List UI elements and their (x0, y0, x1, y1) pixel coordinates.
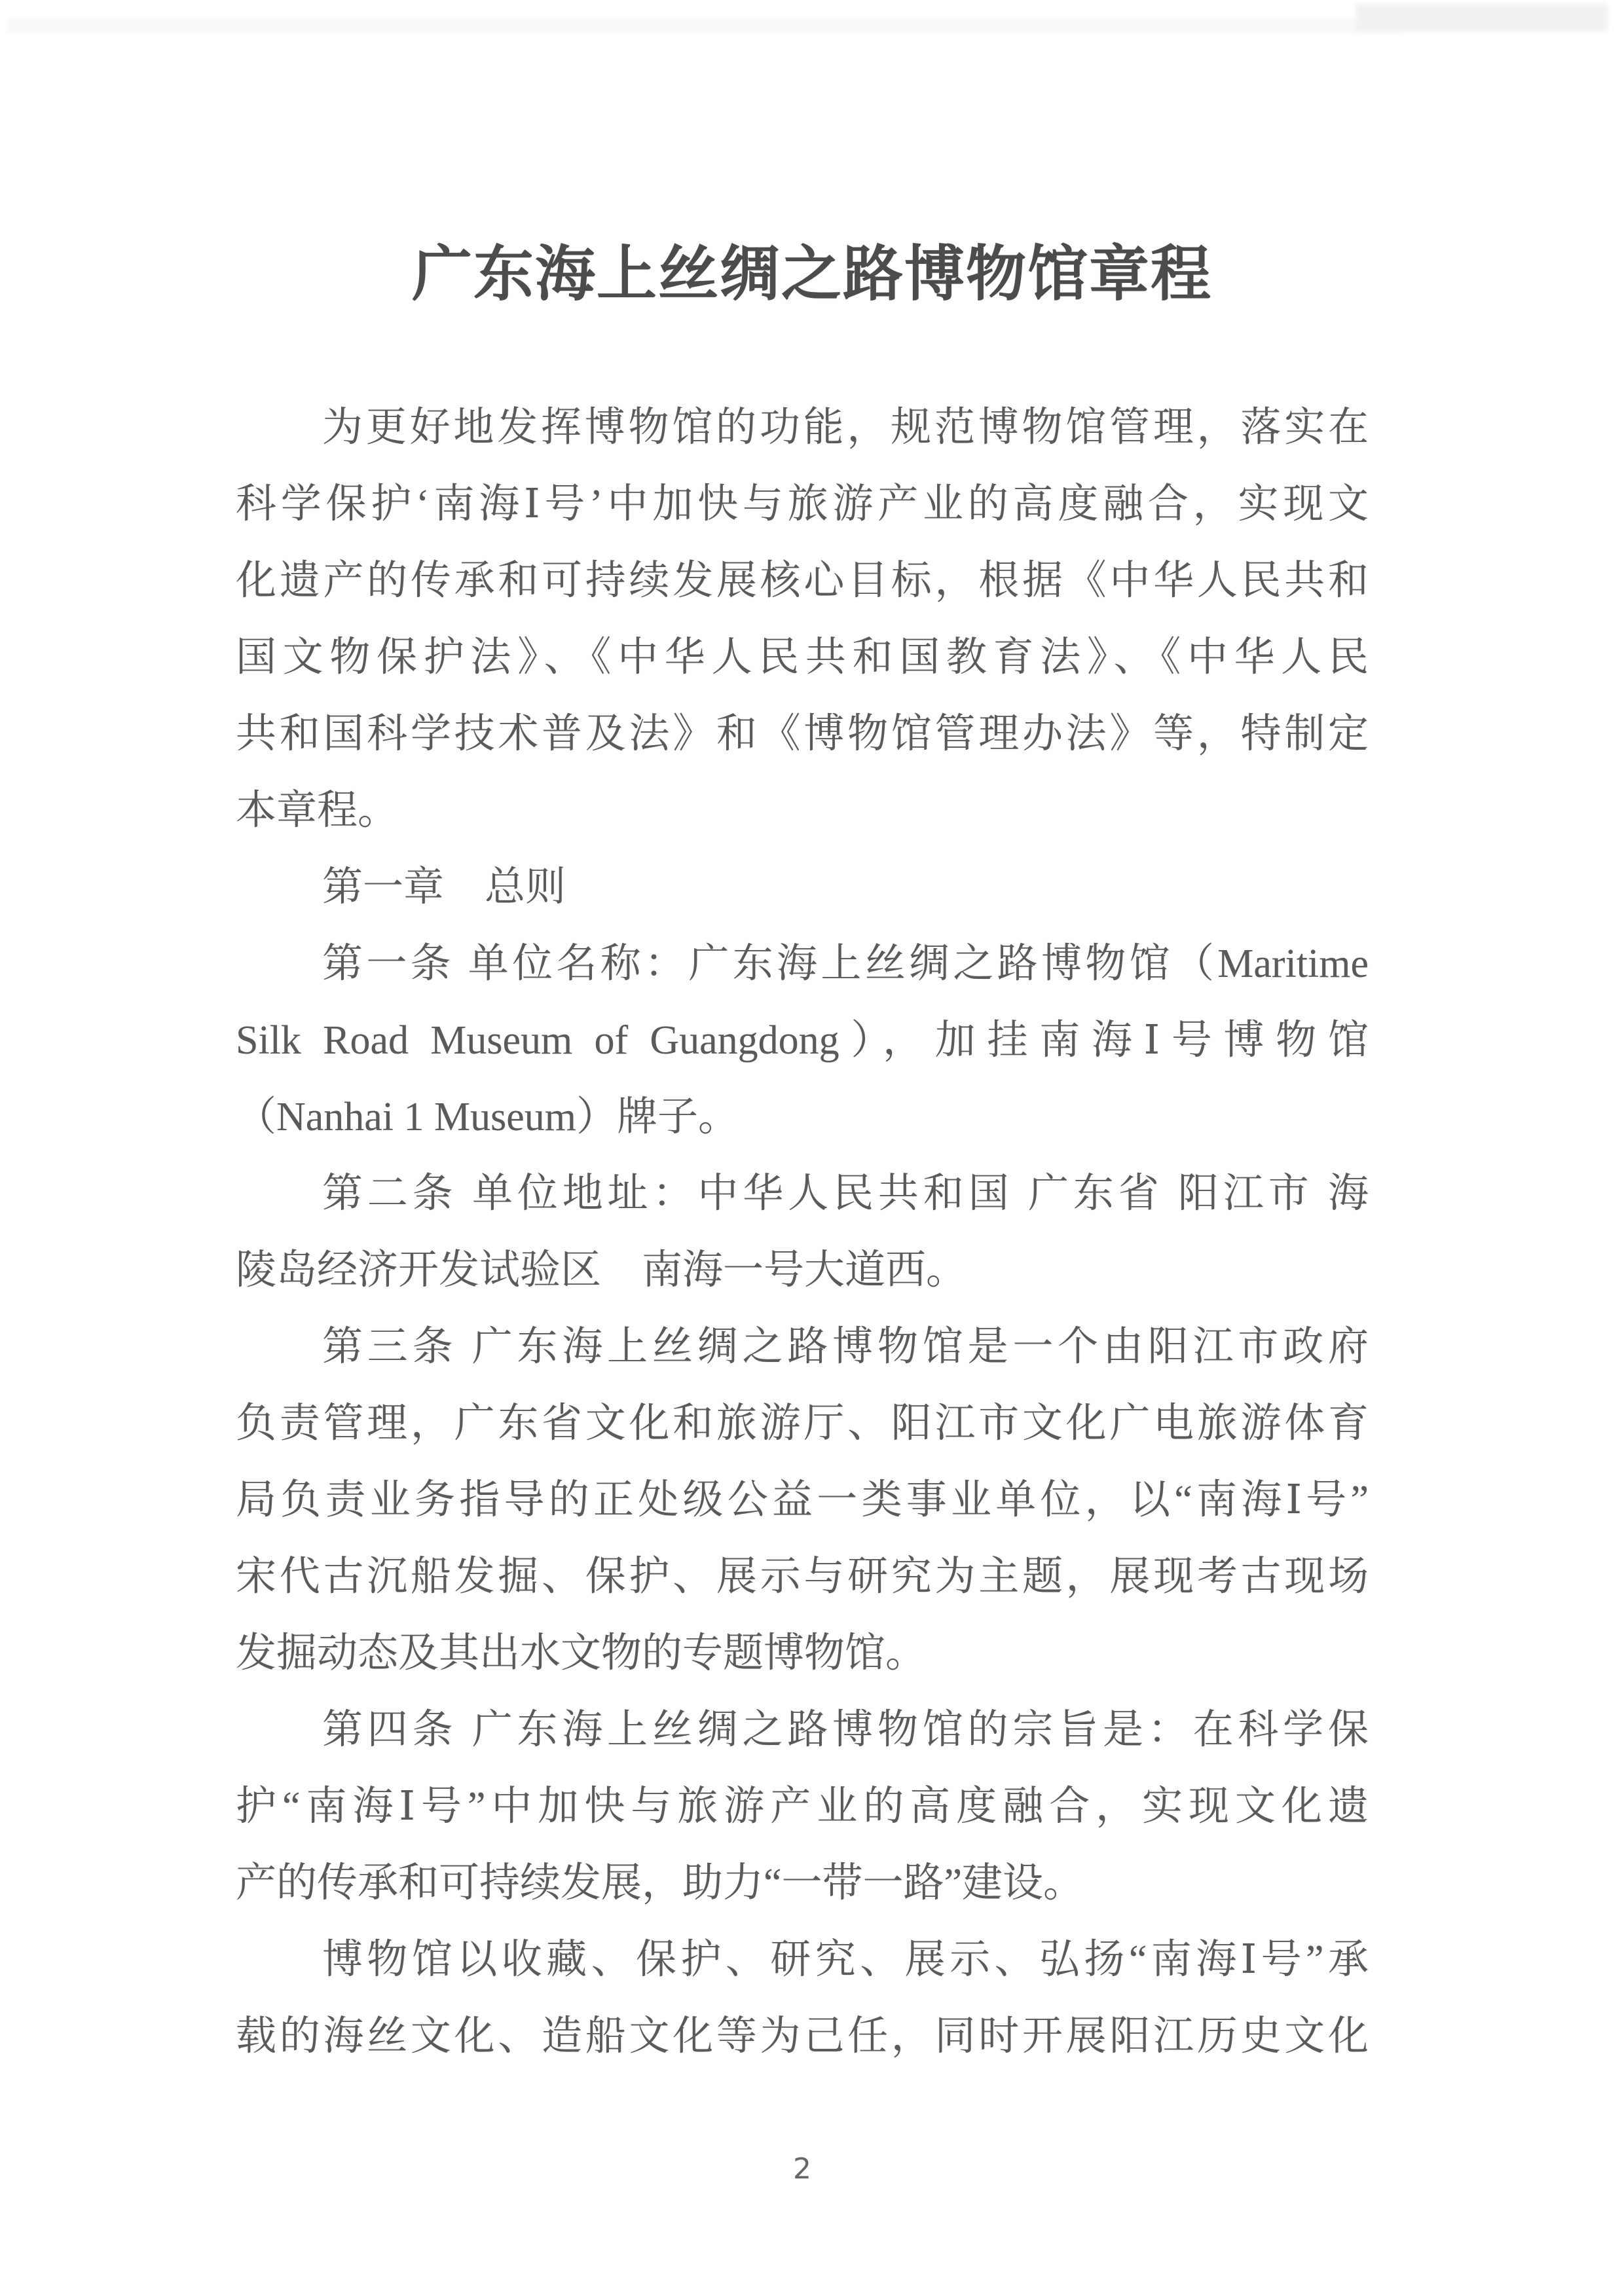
scan-artifact-top-right-smudge (1356, 4, 1608, 31)
text-line: （Nanhai 1 Museum）牌子。 (236, 1079, 1369, 1156)
text-line: 国文物保护法》、《中华人民共和国教育法》、《中华人民 (236, 619, 1369, 696)
text-line: 发掘动态及其出水文物的专题博物馆。 (236, 1615, 1369, 1692)
text-line: 本章程。 (236, 773, 1369, 849)
text-line: 第三条 广东海上丝绸之路博物馆是一个由阳江市政府 (236, 1309, 1369, 1386)
text-line: 护“南海Ⅰ号”中加快与旅游产业的高度融合，实现文化遗 (236, 1769, 1369, 1845)
text-line: 局负责业务指导的正处级公益一类事业单位，以“南海Ⅰ号” (236, 1462, 1369, 1539)
text-line: Silk Road Museum of Guangdong），加挂南海Ⅰ号博物馆 (236, 1002, 1369, 1079)
text-line: 共和国科学技术普及法》和《博物馆管理办法》等，特制定 (236, 696, 1369, 773)
text-line: 载的海丝文化、造船文化等为己任，同时开展阳江历史文化 (236, 1998, 1369, 2075)
text-line: 第一章 总则 (236, 849, 1369, 926)
text-line: 产的传承和可持续发展，助力“一带一路”建设。 (236, 1845, 1369, 1922)
text-line: 化遗产的传承和可持续发展核心目标，根据《中华人民共和 (236, 543, 1369, 619)
text-line: 负责管理，广东省文化和旅游厅、阳江市文化广电旅游体育 (236, 1386, 1369, 1462)
document-title: 广东海上丝绸之路博物馆章程 (0, 238, 1624, 311)
text-line: 宋代古沉船发掘、保护、展示与研究为主题，展现考古现场 (236, 1539, 1369, 1615)
text-line: 第四条 广东海上丝绸之路博物馆的宗旨是：在科学保 (236, 1692, 1369, 1769)
text-line: 第一条 单位名称：广东海上丝绸之路博物馆（Maritime (236, 926, 1369, 1002)
text-line: 博物馆以收藏、保护、研究、展示、弘扬“南海Ⅰ号”承 (236, 1922, 1369, 1998)
document-page: 广东海上丝绸之路博物馆章程 为更好地发挥博物馆的功能，规范博物馆管理，落实在科学… (0, 0, 1624, 2295)
text-line: 陵岛经济开发试验区 南海一号大道西。 (236, 1232, 1369, 1309)
body-text: 为更好地发挥博物馆的功能，规范博物馆管理，落实在科学保护‘南海Ⅰ号’中加快与旅游… (236, 390, 1369, 2075)
text-line: 为更好地发挥博物馆的功能，规范博物馆管理，落实在 (236, 390, 1369, 466)
text-line: 第二条 单位地址：中华人民共和国 广东省 阳江市 海 (236, 1156, 1369, 1232)
text-line: 科学保护‘南海Ⅰ号’中加快与旅游产业的高度融合，实现文 (236, 466, 1369, 543)
scan-artifact-top-band (7, 17, 1401, 34)
page-number: 2 (236, 2150, 1369, 2189)
